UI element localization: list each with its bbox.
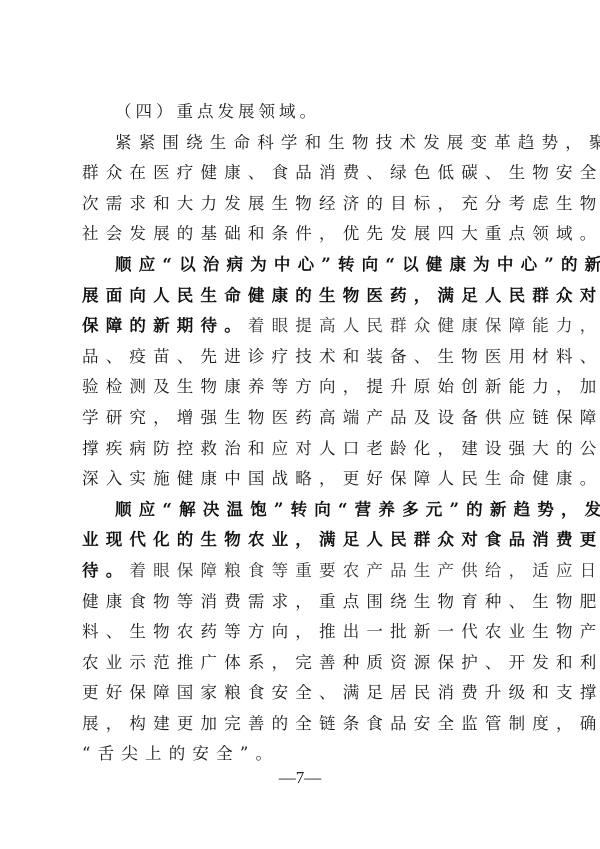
text-line: 展，构建更加完善的全链条食品安全监管制度，确保人民群众	[82, 709, 518, 740]
text-line: 学研究，增强生物医药高端产品及设备供应链保障水平，有力支	[82, 403, 518, 434]
document-page: （四）重点发展领域。 紧紧围绕生命科学和生物技术发展变革趋势，聚焦面向人民 群众…	[0, 0, 600, 849]
page-number: —7—	[0, 768, 600, 788]
text-line: 深入实施健康中国战略，更好保障人民生命健康。	[82, 464, 518, 495]
text-line: 料、生物农药等方向，推出一批新一代农业生物产品，建立生物	[82, 617, 518, 648]
text-line: 次需求和大力发展生物经济的目标，充分考虑生物技术赋能经济	[82, 189, 518, 220]
bold-text-line: 业现代化的生物农业，满足人民群众对食品消费更高层次的新期	[82, 525, 518, 556]
paragraph-biomedicine: 顺应“以治病为中心”转向“以健康为中心”的新趋势，发 展面向人民生命健康的生物医…	[82, 250, 518, 495]
bold-text-line: 顺应“解决温饱”转向“营养多元”的新趋势，发展面向农	[82, 495, 518, 526]
paragraph-bioagriculture: 顺应“解决温饱”转向“营养多元”的新趋势，发展面向农 业现代化的生物农业，满足人…	[82, 495, 518, 770]
bold-text-line: 展面向人民生命健康的生物医药，满足人民群众对生命健康更有	[82, 281, 518, 312]
text-line: 健康食物等消费需求，重点围绕生物育种、生物肥料、生物饲	[82, 587, 518, 618]
bold-text: 保障的新期待。	[82, 316, 248, 335]
bold-text-line: 顺应“以治病为中心”转向“以健康为中心”的新趋势，发	[82, 250, 518, 281]
text-line: “舌尖上的安全”。	[82, 739, 518, 770]
text-line: 群众在医疗健康、食品消费、绿色低碳、生物安全等领域更高层	[82, 158, 518, 189]
bold-text: 待。	[82, 561, 129, 580]
text-line: 更好保障国家粮食安全、满足居民消费升级和支撑农业可持续发	[82, 678, 518, 709]
normal-text: 着眼保障粮食等重要农产品生产供给，适应日益多元的营养	[129, 561, 600, 580]
text-line: 社会发展的基础和条件，优先发展四大重点领域。	[82, 219, 518, 250]
bold-text: 展面向人民生命健康的生物医药，满足人民群众对生命健康更有	[82, 286, 600, 305]
normal-text: 着眼提高人民群众健康保障能力，重点围绕药	[248, 316, 600, 335]
body-text: （四）重点发展领域。 紧紧围绕生命科学和生物技术发展变革趋势，聚焦面向人民 群众…	[82, 97, 518, 770]
text-line: 验检测及生物康养等方向，提升原始创新能力，加强药品监管科	[82, 372, 518, 403]
mixed-text-line: 待。着眼保障粮食等重要农产品生产供给，适应日益多元的营养	[82, 556, 518, 587]
paragraph-overview: 紧紧围绕生命科学和生物技术发展变革趋势，聚焦面向人民 群众在医疗健康、食品消费、…	[82, 128, 518, 250]
text-line: 紧紧围绕生命科学和生物技术发展变革趋势，聚焦面向人民	[82, 128, 518, 159]
text-line: 撑疾病防控救治和应对人口老龄化，建设强大的公共卫生体系和	[82, 434, 518, 465]
bold-text: 业现代化的生物农业，满足人民群众对食品消费更高层次的新期	[82, 530, 600, 549]
text-line: 品、疫苗、先进诊疗技术和装备、生物医用材料、精准医疗、检	[82, 342, 518, 373]
bold-text: 顺应“以治病为中心”转向“以健康为中心”的新趋势，发	[115, 255, 600, 274]
mixed-text-line: 保障的新期待。着眼提高人民群众健康保障能力，重点围绕药	[82, 311, 518, 342]
bold-text: 顺应“解决温饱”转向“营养多元”的新趋势，发展面向农	[115, 500, 600, 519]
section-heading: （四）重点发展领域。	[82, 97, 518, 128]
text-line: 农业示范推广体系，完善种质资源保护、开发和利用产业体系，	[82, 648, 518, 679]
